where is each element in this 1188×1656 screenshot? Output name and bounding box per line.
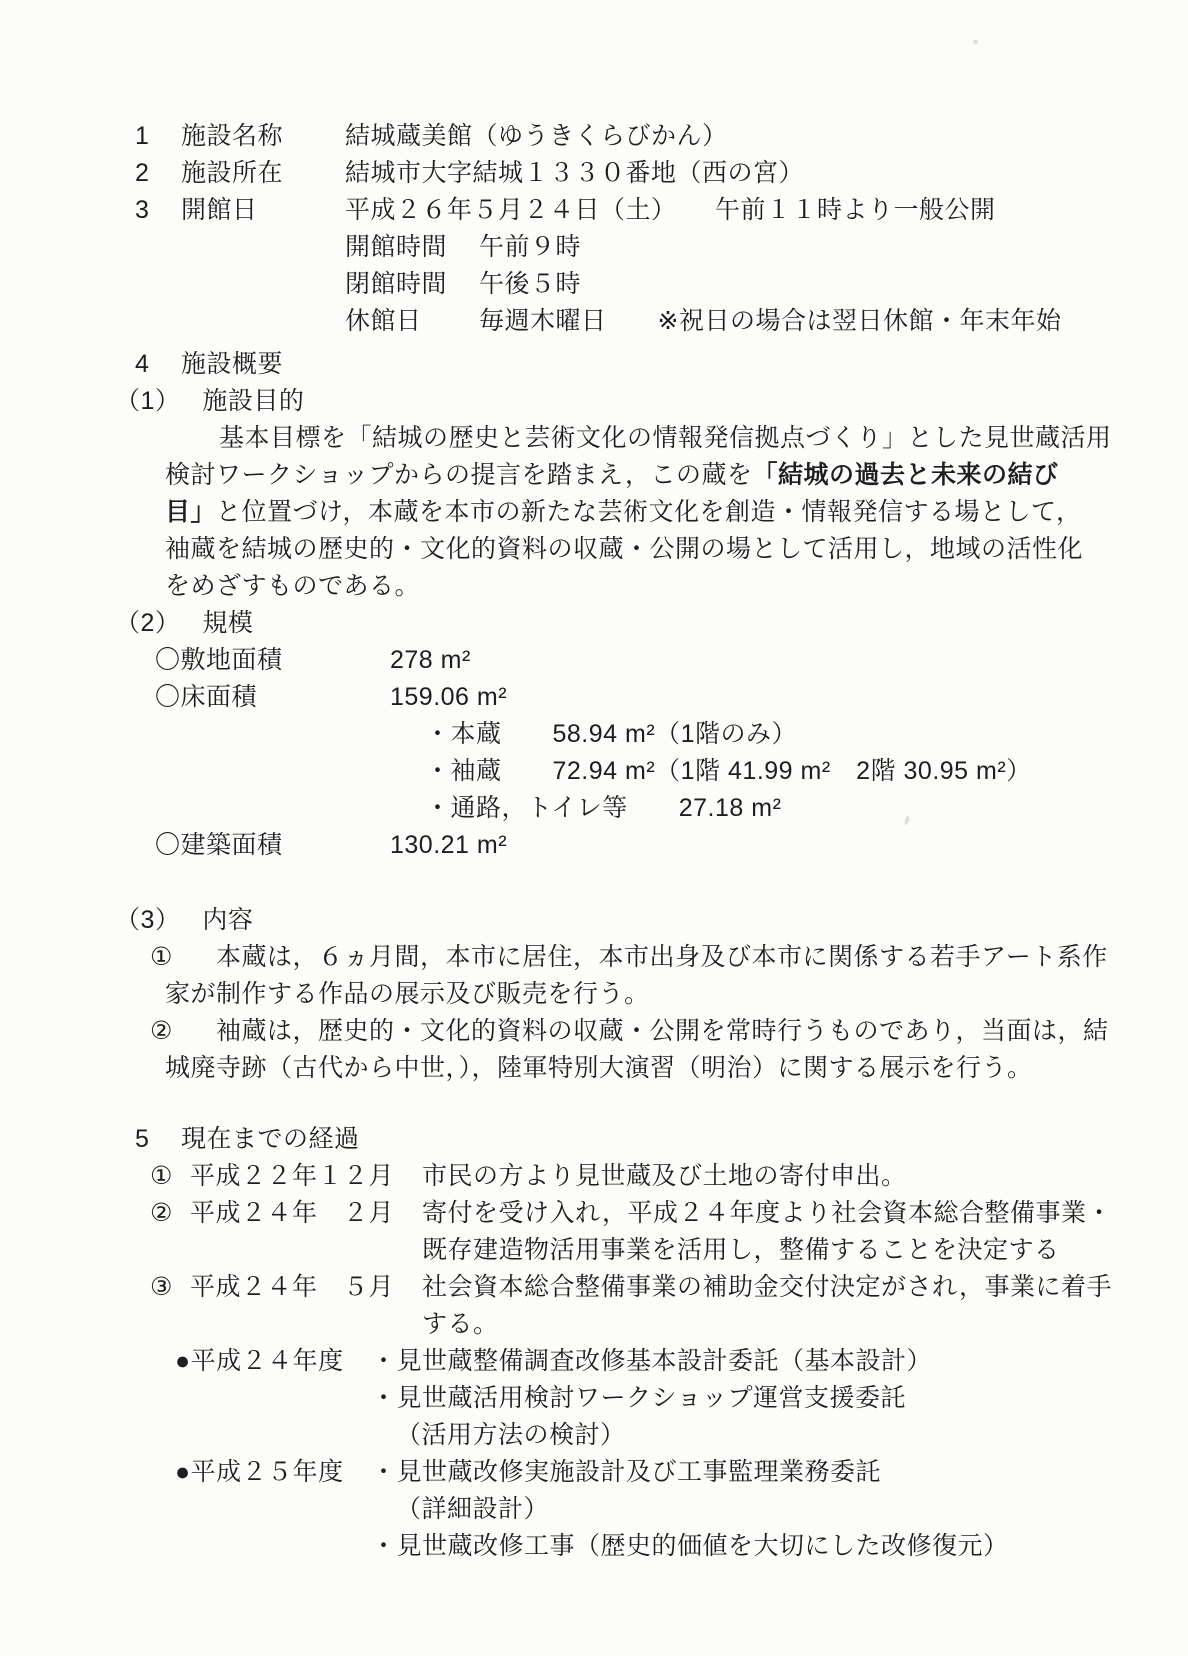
content-item-text: 袖蔵は，歴史的・文化的資料の収蔵・公開を常時行うものであり，当面は，結 (216, 1013, 1109, 1050)
site-area-row: 〇敷地面積 278 m² (155, 642, 1150, 679)
purpose-line: 目」と位置づけ，本蔵を本市の新たな芸術文化を創造・情報発信する場として， (165, 494, 1150, 531)
circled-number: ② (150, 1013, 216, 1050)
content-item-text: 本蔵は，６ヵ月間，本市に居住，本市出身及び本市に関係する若手アート系作 (216, 939, 1108, 976)
floor-area-detail: ・通路，トイレ等 27.18 m² (425, 790, 1150, 827)
purpose-line-bold-text: 目」 (165, 498, 216, 526)
content-item-continuation: 家が制作する作品の展示及び販売を行う。 (165, 976, 1150, 1013)
item-label: 〇敷地面積 (155, 642, 390, 679)
fiscal-year-item: ・見世蔵整備調査改修基本設計委託（基本設計） (371, 1343, 932, 1380)
section-number: 4 (135, 346, 181, 383)
item-value: 結城蔵美館（ゆうきくらびかん） (345, 118, 728, 155)
fiscal-year-row: ●平成２４年度 ・見世蔵整備調査改修基本設計委託（基本設計） (175, 1343, 1150, 1380)
fiscal-year-item: ・見世蔵活用検討ワークショップ運営支援委託 (371, 1380, 1150, 1417)
fiscal-year-label: ●平成２５年度 (175, 1454, 371, 1491)
facility-overview-heading: 4 施設概要 (135, 346, 1150, 383)
item-number: 2 (135, 155, 181, 192)
item-value: 159.06 m² (390, 679, 507, 716)
floor-area-detail: ・袖蔵 72.94 m²（1階 41.99 m² 2階 30.95 m²） (425, 753, 1150, 790)
scale-heading: （2） 規模 (115, 605, 1150, 642)
item-value: 毎週木曜日 ※祝日の場合は翌日休館・年末年始 (479, 303, 1061, 340)
fiscal-year-label: ●平成２４年度 (175, 1343, 371, 1380)
facility-name-row: 1 施設名称 結城蔵美館（ゆうきくらびかん） (135, 118, 1150, 155)
item-label: 閉館時間 (345, 266, 479, 303)
purpose-line-bold-text: 「結城の過去と未来の結び (753, 461, 1059, 489)
facility-purpose-heading: （1） 施設目的 (115, 383, 1150, 420)
purpose-line-text: 検討ワークショップからの提言を踏まえ，この蔵を (165, 461, 753, 489)
subsection-number: （2） (115, 605, 180, 642)
purpose-line: をめざすものである。 (165, 568, 1150, 605)
section-title: 現在までの経過 (181, 1121, 360, 1158)
subsection-title: 内容 (202, 902, 253, 939)
item-number: 1 (135, 118, 181, 155)
item-label: 〇建築面積 (155, 827, 390, 864)
section-number: 5 (135, 1121, 181, 1158)
circled-number: ② (150, 1195, 190, 1232)
purpose-line: 袖蔵を結城の歴史的・文化的資料の収蔵・公開の場として活用し，地域の活性化 (165, 531, 1150, 568)
floor-area-detail: ・本蔵 58.94 m²（1階のみ） (425, 716, 1150, 753)
history-date: 平成２２年１２月 (190, 1158, 422, 1195)
item-number: 3 (135, 192, 181, 229)
history-text: 社会資本総合整備事業の補助金交付決定がされ，事業に着手 (422, 1269, 1112, 1306)
history-date: 平成２４年 ２月 (190, 1195, 422, 1232)
content-item: ② 袖蔵は，歴史的・文化的資料の収蔵・公開を常時行うものであり，当面は，結 (150, 1013, 1150, 1050)
subsection-number: （3） (115, 902, 180, 939)
section-title: 施設概要 (181, 346, 283, 383)
fiscal-year-item-note: （詳細設計） (396, 1491, 1150, 1528)
subsection-title: 規模 (202, 605, 253, 642)
subsection-number: （1） (115, 383, 180, 420)
history-text: 市民の方より見世蔵及び土地の寄付申出。 (422, 1158, 907, 1195)
subsection-title: 施設目的 (202, 383, 304, 420)
fiscal-year-item: ・見世蔵改修実施設計及び工事監理業務委託 (371, 1454, 881, 1491)
closing-time-row: 閉館時間 午後５時 (345, 266, 1150, 303)
history-entry-continuation: する。 (422, 1306, 1150, 1343)
purpose-paragraph: 基本目標を「結城の歴史と芸術文化の情報発信拠点づくり」とした見世蔵活用 検討ワー… (165, 420, 1150, 605)
circled-number: ① (150, 1158, 190, 1195)
history-entry-continuation: 既存建造物活用事業を活用し，整備することを決定する (422, 1232, 1150, 1269)
purpose-line: 検討ワークショップからの提言を踏まえ，この蔵を「結城の過去と未来の結び (165, 457, 1150, 494)
item-value: 午後５時 (479, 266, 581, 303)
history-entry: ③ 平成２４年 ５月 社会資本総合整備事業の補助金交付決定がされ，事業に着手 (150, 1269, 1150, 1306)
item-label: 施設所在 (181, 155, 345, 192)
building-area-row: 〇建築面積 130.21 m² (155, 827, 1150, 864)
item-value: 278 m² (390, 642, 471, 679)
item-label: 施設名称 (181, 118, 345, 155)
content-item: ① 本蔵は，６ヵ月間，本市に居住，本市出身及び本市に関係する若手アート系作 (150, 939, 1150, 976)
purpose-line-text: と位置づけ，本蔵を本市の新たな芸術文化を創造・情報発信する場として， (216, 498, 1082, 526)
floor-area-row: 〇床面積 159.06 m² (155, 679, 1150, 716)
item-label: 開館日 (181, 192, 345, 229)
fiscal-year-row: ●平成２５年度 ・見世蔵改修実施設計及び工事監理業務委託 (175, 1454, 1150, 1491)
purpose-line: 基本目標を「結城の歴史と芸術文化の情報発信拠点づくり」とした見世蔵活用 (165, 420, 1150, 457)
fiscal-year-item: ・見世蔵改修工事（歴史的価値を大切にした改修復元） (371, 1528, 1150, 1565)
content-heading: （3） 内容 (115, 902, 1150, 939)
scan-artifact (973, 40, 978, 44)
item-label: 開館時間 (345, 229, 479, 266)
fiscal-year-item-note: （活用方法の検討） (396, 1417, 1150, 1454)
history-entry: ① 平成２２年１２月 市民の方より見世蔵及び土地の寄付申出。 (150, 1158, 1150, 1195)
item-value: 結城市大字結城１３３０番地（西の宮） (345, 155, 804, 192)
document-body: 1 施設名称 結城蔵美館（ゆうきくらびかん） 2 施設所在 結城市大字結城１３３… (115, 118, 1150, 1565)
scanned-document-page: 1 施設名称 結城蔵美館（ゆうきくらびかん） 2 施設所在 結城市大字結城１３３… (0, 0, 1188, 1656)
circled-number: ① (150, 939, 216, 976)
facility-location-row: 2 施設所在 結城市大字結城１３３０番地（西の宮） (135, 155, 1150, 192)
history-text: 寄付を受け入れ，平成２４年度より社会資本総合整備事業・ (422, 1195, 1112, 1232)
item-value: 130.21 m² (390, 827, 507, 864)
closed-day-row: 休館日 毎週木曜日 ※祝日の場合は翌日休館・年末年始 (345, 303, 1150, 340)
item-label: 休館日 (345, 303, 479, 340)
opening-time-row: 開館時間 午前９時 (345, 229, 1150, 266)
item-label: 〇床面積 (155, 679, 390, 716)
history-heading: 5 現在までの経過 (135, 1121, 1150, 1158)
history-entry: ② 平成２４年 ２月 寄付を受け入れ，平成２４年度より社会資本総合整備事業・ (150, 1195, 1150, 1232)
opening-day-row: 3 開館日 平成２６年５月２４日（土） 午前１１時より一般公開 (135, 192, 1150, 229)
item-value: 平成２６年５月２４日（土） 午前１１時より一般公開 (345, 192, 996, 229)
item-value: 午前９時 (479, 229, 581, 266)
circled-number: ③ (150, 1269, 190, 1306)
content-item-continuation: 城廃寺跡（古代から中世，），陸軍特別大演習（明治）に関する展示を行う。 (165, 1050, 1150, 1087)
history-date: 平成２４年 ５月 (190, 1269, 422, 1306)
